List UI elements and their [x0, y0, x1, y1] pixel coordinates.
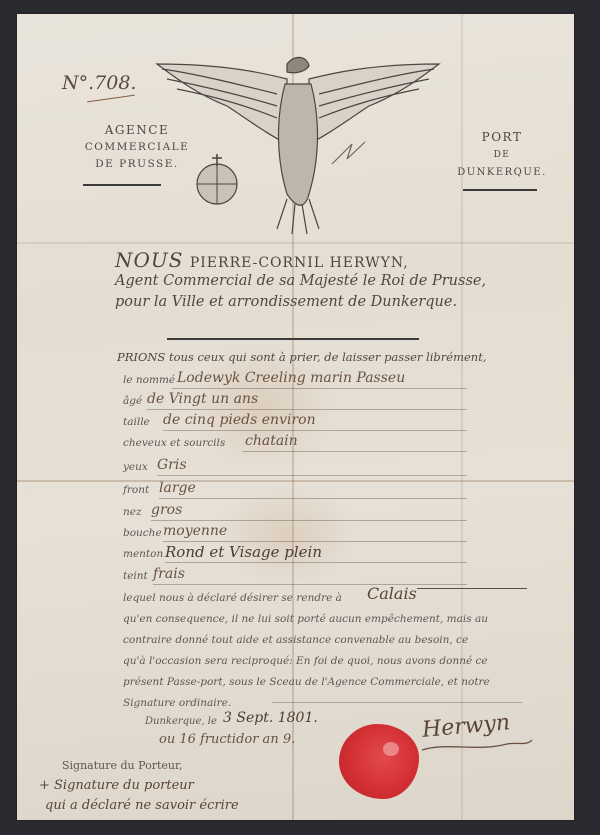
field-value-eyes: Gris	[157, 457, 187, 473]
field-label-chin: menton	[123, 548, 163, 560]
passport-document: N°.708. AGENCE COMMERCIALE DE PRUSSE. PO…	[17, 14, 574, 820]
port-line-2: DE	[447, 146, 557, 164]
field-label-hair: cheveux et sourcils	[123, 437, 225, 449]
intro-text: PRIONS tous ceux qui sont à prier, de la…	[117, 350, 486, 364]
field-value-height: de cinq pieds environ	[163, 412, 316, 428]
signature-flourish	[417, 732, 537, 757]
field-line	[165, 562, 467, 563]
field-value-forehead: large	[159, 480, 196, 496]
field-label-height: taille	[123, 416, 150, 428]
bearer-signature-label: Signature du Porteur,	[62, 759, 183, 772]
field-value-complexion: frais	[153, 566, 185, 582]
paper-stain	[217, 484, 357, 584]
field-label-forehead: front	[123, 484, 149, 496]
field-line	[147, 409, 467, 410]
date-gregorian: 3 Sept. 1801.	[223, 710, 318, 726]
nous-heading: NOUS	[115, 248, 183, 272]
field-value-nose: gros	[151, 502, 182, 518]
signature-line	[272, 702, 522, 703]
number-underline	[87, 95, 135, 103]
field-label-mouth: bouche	[123, 527, 162, 539]
field-value-age: de Vingt un ans	[147, 391, 258, 407]
field-label-nose: nez	[123, 506, 142, 518]
agent-name: PIERRE-CORNIL HERWYN,	[190, 255, 409, 271]
horizontal-fold-top	[17, 242, 574, 244]
field-line	[153, 584, 467, 585]
port-rule	[463, 189, 537, 191]
body-line-4: présent Passe-port, sous le Sceau de l'A…	[123, 676, 490, 688]
field-label-complexion: teint	[123, 570, 148, 582]
date-republican: ou 16 fructidor an 9.	[159, 732, 295, 747]
field-label-age: âgé	[123, 395, 142, 407]
body-line-1: qu'en consequence, il ne lui soit porté …	[123, 613, 488, 625]
destination-line	[417, 588, 527, 589]
horizontal-fold-middle	[17, 480, 574, 482]
destination-value: Calais	[367, 584, 417, 603]
title-rule	[167, 338, 419, 340]
field-value-name: Lodewyk Creeling marin Passeu	[177, 370, 405, 386]
issuer-line: NOUS PIERRE-CORNIL HERWYN,	[115, 248, 409, 272]
field-label-eyes: yeux	[123, 461, 148, 473]
field-value-hair: chatain	[245, 433, 298, 449]
red-wax-seal	[339, 724, 419, 799]
field-line	[242, 451, 467, 452]
field-line	[159, 498, 467, 499]
bearer-note-line-1: + Signature du porteur	[39, 778, 194, 793]
document-number: N°.708.	[62, 72, 136, 94]
bearer-note-line-2: qui a déclaré ne savoir écrire	[45, 798, 239, 813]
place-label: Dunkerque, le	[145, 716, 217, 727]
body-line-3: qu'à l'occasion sera reciproqué: En foi …	[123, 655, 488, 667]
field-label-name: le nommé	[123, 374, 175, 386]
field-line	[157, 475, 467, 476]
field-value-mouth: moyenne	[163, 523, 227, 539]
field-line	[163, 541, 467, 542]
port-header: PORT DE DUNKERQUE.	[447, 128, 557, 182]
port-line-3: DUNKERQUE.	[447, 164, 557, 182]
body-line-2: contraire donné tout aide et assistance …	[123, 634, 468, 646]
agent-title: Agent Commercial de sa Majesté le Roi de…	[115, 273, 486, 289]
body-line-5: Signature ordinaire.	[123, 697, 231, 709]
port-line-1: PORT	[447, 128, 557, 146]
field-line	[151, 520, 467, 521]
jurisdiction: pour la Ville et arrondissement de Dunke…	[115, 294, 457, 310]
field-line	[163, 430, 467, 431]
field-line	[172, 388, 467, 389]
destination-label: lequel nous à déclaré désirer se rendre …	[123, 592, 342, 604]
field-value-chin: Rond et Visage plein	[165, 543, 322, 561]
prussian-eagle-emblem	[137, 34, 457, 239]
